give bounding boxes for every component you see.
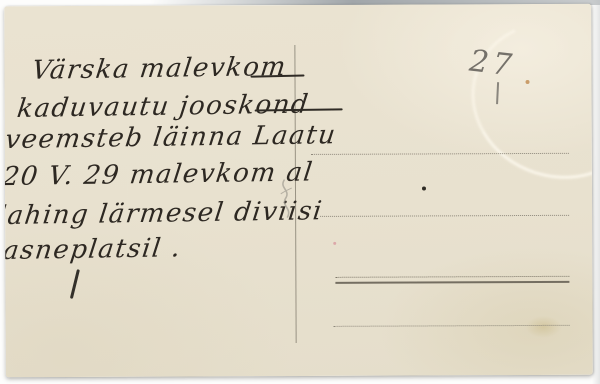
ink-dot bbox=[422, 186, 426, 190]
paper-stain bbox=[526, 316, 562, 338]
address-line-3-double bbox=[335, 276, 569, 284]
scanner-edge-shadow-right bbox=[592, 0, 600, 384]
stray-pen-stroke bbox=[70, 269, 80, 299]
handwriting-line-6: lasneplatsil . bbox=[4, 233, 183, 266]
handwriting-line-1: Värska malevkom bbox=[30, 52, 288, 86]
paper-speck-pink bbox=[333, 242, 336, 245]
postcard-back: Värska malevkom kaduvautu jooskond veems… bbox=[4, 4, 593, 378]
pencil-number: 27 bbox=[468, 44, 518, 84]
address-line-2 bbox=[320, 215, 569, 217]
handwriting-line-3: veemsteb läinna Laatu bbox=[4, 120, 338, 155]
paper-speck bbox=[526, 80, 530, 84]
paper-crease-mark bbox=[451, 4, 593, 201]
handwriting-line-4: 20 V. 29 malevkom al bbox=[4, 157, 315, 192]
handwriting-line-2: kaduvautu jooskond bbox=[15, 90, 311, 124]
scanned-postcard-image: Värska malevkom kaduvautu jooskond veems… bbox=[0, 0, 600, 384]
